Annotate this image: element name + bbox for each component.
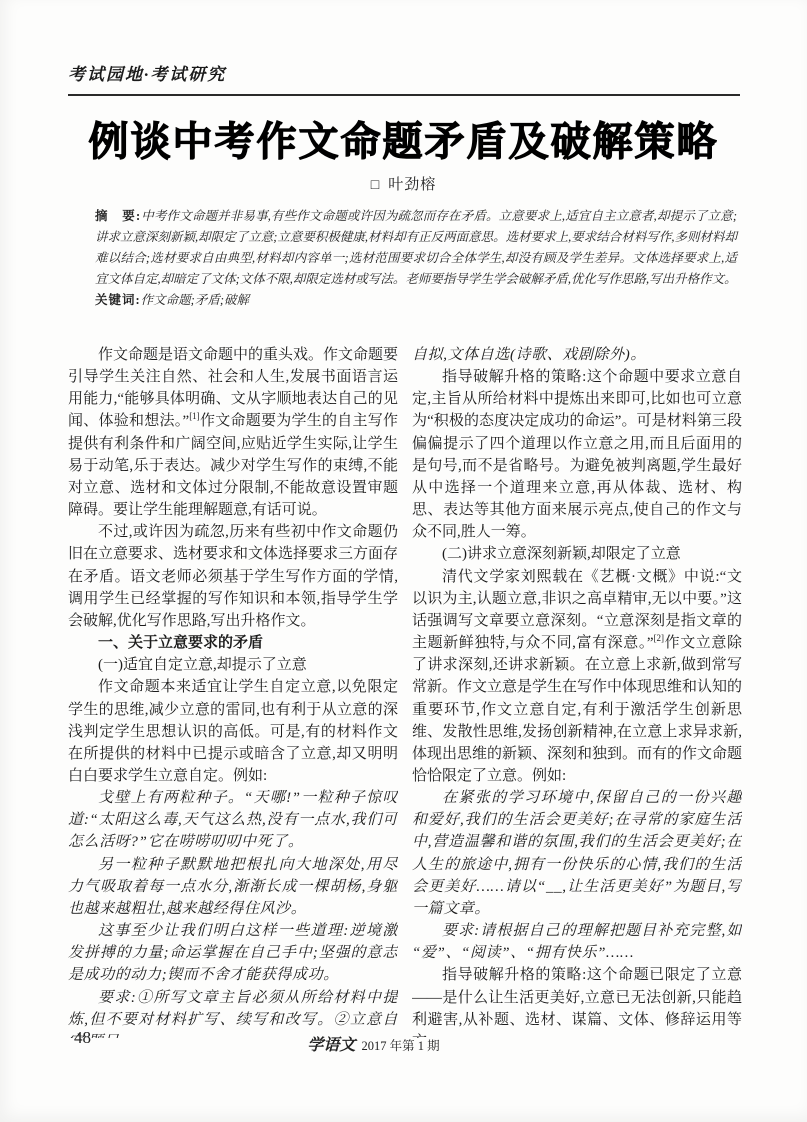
page-header: 考试园地·考试研究: [68, 60, 740, 96]
body-paragraph: 清代文学家刘熙载在《艺概·文概》中说:“文以识为主,认题立意,非识之高卓精审,无…: [412, 566, 742, 788]
keywords-label: 关键词:: [95, 293, 141, 307]
quoted-prompt-text: 在紧张的学习环境中,保留自己的一份兴趣和爱好,我们的生活会更美好;在寻常的家庭生…: [412, 787, 742, 920]
body-paragraph: 指导破解升格的策略:这个命题中要求立意自定,主旨从所给材料中提炼出来即可,比如也…: [412, 366, 742, 543]
abstract-paragraph: 摘 要:中考作文命题并非易事,有些作文命题或许因为疏忽而存在矛盾。立意要求上,适…: [95, 206, 737, 290]
journal-page: 考试园地·考试研究 例谈中考作文命题矛盾及破解策略 □叶劲榕 摘 要:中考作文命…: [0, 0, 807, 1122]
body-paragraph: 作文命题本来适宜让学生自定立意,以免限定学生的思维,减少立意的雷同,也有利于从立…: [68, 676, 398, 787]
body-paragraph: 指导破解升格的策略:这个命题已限定了立意——是什么让生活更美好,立意已无法创新,…: [412, 964, 742, 1038]
sub-heading: (二)讲求立意深刻新颖,却限定了立意: [412, 543, 742, 565]
sub-heading: (一)适宜自定立意,却提示了立意: [68, 654, 398, 676]
section-heading: 一、关于立意要求的矛盾: [68, 632, 398, 654]
author-name: 叶劲榕: [388, 177, 436, 193]
body-paragraph: 不过,或许因为疏忽,历来有些初中作文命题仍旧在立意要求、选材要求和文体选择要求三…: [68, 521, 398, 632]
quoted-prompt-text: 要求:请根据自己的理解把题目补充完整,如“爱”、“阅读”、“拥有快乐”……: [412, 920, 742, 964]
abstract-label: 摘 要:: [95, 209, 141, 223]
journal-footer: 学语文2017 年第 1 期: [0, 1032, 747, 1055]
quoted-prompt-text: 自拟,文体自选(诗歌、戏剧除外)。: [412, 344, 742, 366]
footnote-ref: [1]: [189, 411, 200, 421]
article-body: 作文命题是语文命题中的重头戏。作文命题要引导学生关注自然、社会和人生,发展书面语…: [68, 344, 742, 1038]
author-line: □叶劲榕: [0, 173, 807, 194]
article-title: 例谈中考作文命题矛盾及破解策略: [0, 110, 807, 167]
column-right: 自拟,文体自选(诗歌、戏剧除外)。指导破解升格的策略:这个命题中要求立意自定,主…: [412, 344, 742, 1038]
quoted-prompt-text: 要求:①所写文章主旨必须从所给材料中提炼,但不要对材料扩写、续写和改写。②立意自…: [68, 987, 398, 1038]
journal-issue: 2017 年第 1 期: [361, 1039, 439, 1053]
author-marker-icon: □: [371, 178, 380, 193]
keywords-line: 关键词:作文命题;矛盾;破解: [95, 290, 737, 311]
quoted-prompt-text: 戈壁上有两粒种子。“天哪!”一粒种子惊叹道:“太阳这么毒,天气这么热,没有一点水…: [68, 787, 398, 853]
section-label: 考试园地·考试研究: [68, 65, 226, 84]
keywords-text: 作文命题;矛盾;破解: [141, 293, 249, 307]
quoted-prompt-text: 这事至少让我们明白这样一些道理:逆境激发拼搏的力量;命运掌握在自己手中;坚强的意…: [68, 920, 398, 986]
abstract-block: 摘 要:中考作文命题并非易事,有些作文命题或许因为疏忽而存在矛盾。立意要求上,适…: [95, 206, 737, 311]
column-left: 作文命题是语文命题中的重头戏。作文命题要引导学生关注自然、社会和人生,发展书面语…: [68, 344, 398, 1038]
footnote-ref: [2]: [654, 633, 665, 643]
journal-name: 学语文: [307, 1037, 355, 1054]
body-paragraph: 作文命题是语文命题中的重头戏。作文命题要引导学生关注自然、社会和人生,发展书面语…: [68, 344, 398, 521]
quoted-prompt-text: 另一粒种子默默地把根扎向大地深处,用尽力气吸取着每一点水分,渐渐长成一棵胡杨,身…: [68, 854, 398, 920]
abstract-text: 中考作文命题并非易事,有些作文命题或许因为疏忽而存在矛盾。立意要求上,适宜自主立…: [95, 209, 737, 286]
